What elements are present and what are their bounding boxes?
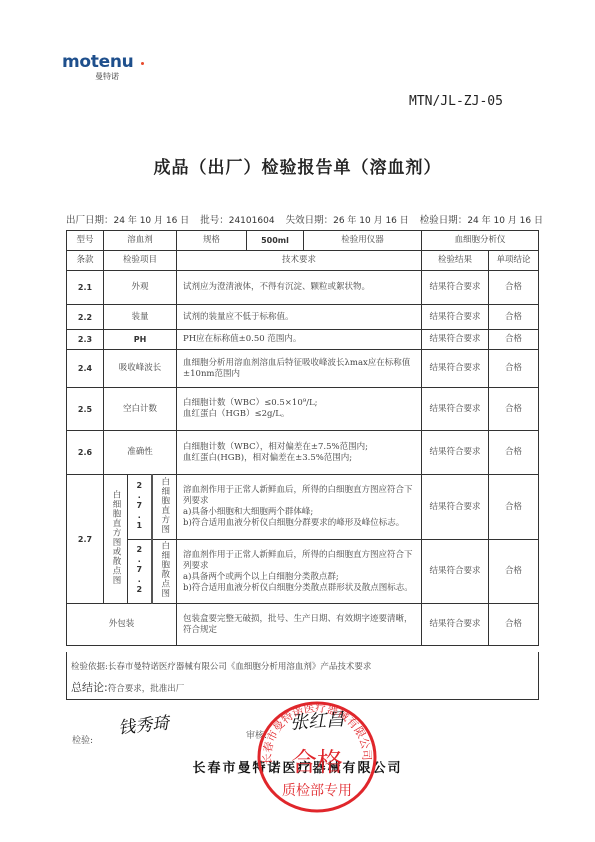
- result: 结果符合要求: [422, 388, 489, 431]
- company-logo: motenu 曼特诺: [62, 52, 142, 82]
- table-row: 2.3 PH PH应在标称值±0.50 范围内。 结果符合要求 合格: [67, 330, 539, 350]
- table-row: 2.2 装量 试剂的装量应不低于标称值。 结果符合要求 合格: [67, 305, 539, 330]
- release-date-value: 24 年 10 月 16 日: [114, 216, 190, 226]
- item: 外包装: [67, 604, 177, 646]
- expiry-value: 26 年 10 月 16 日: [333, 216, 409, 226]
- conclusion: 合格: [489, 271, 539, 305]
- sub-item: 白细胞散点图: [152, 540, 177, 604]
- col-item: 检验项目: [104, 251, 177, 271]
- clause: 2.3: [67, 330, 104, 350]
- requirement: 血细胞分析用溶血剂溶血后特征吸收峰波长λmax应在标称值±10nm范围内: [177, 350, 422, 388]
- inspection-date: 检验日期：24 年 10 月 16 日: [420, 215, 543, 226]
- clause: 2.7: [67, 475, 104, 604]
- svg-text:合格: 合格: [291, 748, 343, 778]
- model-label: 型号: [67, 231, 104, 251]
- inspection-basis-box: 检验依据:长春市曼特诺医疗器械有限公司《血细胞分析用溶血剂》产品技术要求 总结论…: [66, 652, 539, 700]
- requirement-line: 血红蛋白(HGB)，相对偏差在±3.5%范围内;: [183, 453, 418, 464]
- release-date-label: 出厂日期：: [66, 215, 114, 226]
- expiry-date: 失效日期：26 年 10 月 16 日: [286, 215, 409, 226]
- clause: 2.6: [67, 431, 104, 475]
- expiry-label: 失效日期：: [286, 215, 334, 226]
- sub-item-vertical: 白细胞散点图: [159, 541, 170, 598]
- conclusion: 合格: [489, 388, 539, 431]
- table-row: 2.7.2 白细胞散点图 溶血剂作用于正常人新鲜血后，所得的白细胞直方图应符合下…: [67, 540, 539, 604]
- item: 空白计数: [104, 388, 177, 431]
- inspection-date-label: 检验日期：: [420, 215, 468, 226]
- logo-chinese: 曼特诺: [95, 71, 119, 82]
- requirement-line: b)符合适用血液分析仪白细胞分群要求的峰形及峰位标志。: [183, 518, 418, 529]
- requirement-line: b)符合适用血液分析仪白细胞分类散点群形状及散点图标志。: [183, 583, 418, 594]
- table-row: 2.5 空白计数 白细胞计数（WBC）≤0.5×10⁹/L; 血红蛋白（HGB）…: [67, 388, 539, 431]
- result: 结果符合要求: [422, 540, 489, 604]
- result: 结果符合要求: [422, 350, 489, 388]
- reviewer-signature: 张红昌: [289, 705, 345, 735]
- requirement-line: a)具备两个或两个以上白细胞分类散点群;: [183, 572, 418, 583]
- instrument-label: 检验用仪器: [304, 231, 422, 251]
- inspection-date-value: 24 年 10 月 16 日: [467, 216, 543, 226]
- inspection-basis: 检验依据:长春市曼特诺医疗器械有限公司《血细胞分析用溶血剂》产品技术要求: [71, 660, 371, 672]
- document-code: MTN/JL-ZJ-05: [409, 94, 503, 109]
- requirement: 试剂应为澄清液体，不得有沉淀、颗粒或絮状物。: [177, 271, 422, 305]
- requirement: 白细胞计数（WBC）≤0.5×10⁹/L; 血红蛋白（HGB）≤2g/L。: [177, 388, 422, 431]
- logo-wordmark: motenu: [62, 52, 133, 72]
- sub-item-vertical: 白细胞直方图: [159, 477, 170, 534]
- inspection-table: 型号 溶血剂 规格 500ml 检验用仪器 血细胞分析仪 条款 检验项目 技术要…: [66, 230, 539, 646]
- overall-text: 符合要求，批准出厂: [108, 684, 185, 694]
- requirement: 溶血剂作用于正常人新鲜血后，所得的白细胞直方图应符合下列要求 a)具备小细胞和大…: [177, 475, 422, 540]
- inspector-signature: 钱秀琦: [117, 708, 170, 738]
- col-clause: 条款: [67, 251, 104, 271]
- col-result: 检验结果: [422, 251, 489, 271]
- svg-text:质检部专用: 质检部专用: [282, 782, 352, 799]
- conclusion: 合格: [489, 305, 539, 330]
- table-row: 2.6 准确性 白细胞计数（WBC），相对偏差在±7.5%范围内; 血红蛋白(H…: [67, 431, 539, 475]
- model-value: 溶血剂: [104, 231, 177, 251]
- col-requirement: 技术要求: [177, 251, 422, 271]
- conclusion: 合格: [489, 540, 539, 604]
- requirement: 包装盒要完整无破损，批号、生产日期、有效期字迹要清晰，符合规定: [177, 604, 422, 646]
- item: 装量: [104, 305, 177, 330]
- spec-label: 规格: [177, 231, 247, 251]
- table-row-packaging: 外包装 包装盒要完整无破损，批号、生产日期、有效期字迹要清晰，符合规定 结果符合…: [67, 604, 539, 646]
- item: 准确性: [104, 431, 177, 475]
- requirement-line: 白细胞计数（WBC），相对偏差在±7.5%范围内;: [183, 442, 418, 453]
- clause: 2.1: [67, 271, 104, 305]
- sub-item: 白细胞直方图: [152, 475, 177, 540]
- requirement: 白细胞计数（WBC），相对偏差在±7.5%范围内; 血红蛋白(HGB)，相对偏差…: [177, 431, 422, 475]
- table-row: 2.7 白细胞直方图或散点图 2.7.1 白细胞直方图 溶血剂作用于正常人新鲜血…: [67, 475, 539, 540]
- result: 结果符合要求: [422, 330, 489, 350]
- conclusion: 合格: [489, 604, 539, 646]
- overall-label: 总结论:: [71, 681, 108, 694]
- item: 白细胞直方图或散点图: [104, 475, 128, 604]
- basis-text: 长春市曼特诺医疗器械有限公司《血细胞分析用溶血剂》产品技术要求: [108, 662, 372, 672]
- sub-clause: 2.7.1: [128, 475, 152, 540]
- requirement: 溶血剂作用于正常人新鲜血后，所得的白细胞直方图应符合下列要求 a)具备两个或两个…: [177, 540, 422, 604]
- basis-label: 检验依据:: [71, 662, 108, 672]
- product-info-row: 型号 溶血剂 规格 500ml 检验用仪器 血细胞分析仪: [67, 231, 539, 251]
- requirement-line: 血红蛋白（HGB）≤2g/L。: [183, 409, 418, 420]
- requirement: PH应在标称值±0.50 范围内。: [177, 330, 422, 350]
- page-title: 成品（出厂）检验报告单（溶血剂）: [0, 153, 595, 178]
- item: 外观: [104, 271, 177, 305]
- column-header-row: 条款 检验项目 技术要求 检验结果 单项结论: [67, 251, 539, 271]
- release-date: 出厂日期：24 年 10 月 16 日: [66, 215, 189, 226]
- batch-label: 批号：: [200, 215, 229, 226]
- sub-clause-vertical: 2.7.2: [134, 545, 145, 595]
- sub-clause-vertical: 2.7.1: [134, 481, 145, 531]
- logo-dot-icon: [141, 62, 144, 65]
- conclusion: 合格: [489, 475, 539, 540]
- sub-clause: 2.7.2: [128, 540, 152, 604]
- clause: 2.4: [67, 350, 104, 388]
- batch-number: 批号：24101604: [200, 215, 274, 226]
- spec-value: 500ml: [247, 231, 304, 251]
- item: PH: [104, 330, 177, 350]
- instrument-value: 血细胞分析仪: [422, 231, 539, 251]
- item: 吸收峰波长: [104, 350, 177, 388]
- result: 结果符合要求: [422, 431, 489, 475]
- requirement-line: 溶血剂作用于正常人新鲜血后，所得的白细胞直方图应符合下列要求: [183, 485, 418, 507]
- requirement-line: 溶血剂作用于正常人新鲜血后，所得的白细胞直方图应符合下列要求: [183, 550, 418, 572]
- requirement-line: a)具备小细胞和大细胞两个群体峰;: [183, 507, 418, 518]
- table-row: 2.4 吸收峰波长 血细胞分析用溶血剂溶血后特征吸收峰波长λmax应在标称值±1…: [67, 350, 539, 388]
- conclusion: 合格: [489, 350, 539, 388]
- result: 结果符合要求: [422, 305, 489, 330]
- requirement-line: 白细胞计数（WBC）≤0.5×10⁹/L;: [183, 398, 418, 409]
- clause: 2.5: [67, 388, 104, 431]
- table-row: 2.1 外观 试剂应为澄清液体，不得有沉淀、颗粒或絮状物。 结果符合要求 合格: [67, 271, 539, 305]
- result: 结果符合要求: [422, 604, 489, 646]
- conclusion: 合格: [489, 431, 539, 475]
- item-vertical: 白细胞直方图或散点图: [110, 490, 121, 585]
- report-meta: 出厂日期：24 年 10 月 16 日 批号：24101604 失效日期：26 …: [66, 212, 551, 226]
- overall-conclusion: 总结论:符合要求，批准出厂: [71, 679, 184, 695]
- clause: 2.2: [67, 305, 104, 330]
- conclusion: 合格: [489, 330, 539, 350]
- col-conclusion: 单项结论: [489, 251, 539, 271]
- result: 结果符合要求: [422, 271, 489, 305]
- requirement: 试剂的装量应不低于标称值。: [177, 305, 422, 330]
- batch-value: 24101604: [229, 216, 275, 226]
- inspector-label: 检验:: [72, 733, 93, 746]
- result: 结果符合要求: [422, 475, 489, 540]
